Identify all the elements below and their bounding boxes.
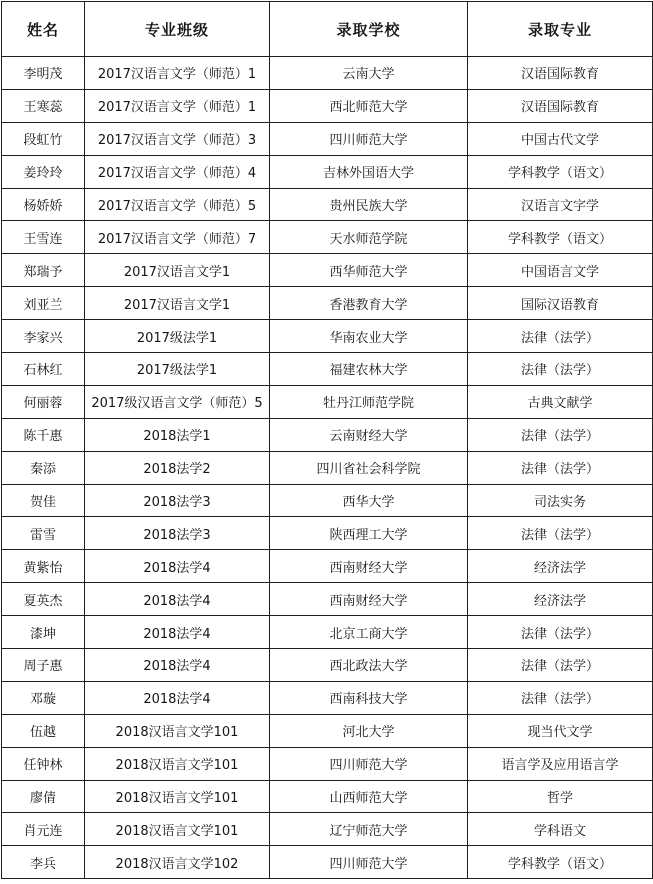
table-row: 何丽蓉 2017级汉语言文学（师范）5 牡丹江师范学院 古典文献学 xyxy=(2,385,653,418)
table-row: 李兵 2018汉语言文学102 四川师范大学 学科教学（语文） xyxy=(2,846,653,879)
major-cell: 现当代文学 xyxy=(468,714,653,747)
school-cell: 天水师范学院 xyxy=(270,221,468,254)
name-cell: 何丽蓉 xyxy=(2,385,85,418)
school-cell: 吉林外国语大学 xyxy=(270,155,468,188)
school-cell: 陕西理工大学 xyxy=(270,517,468,550)
name-cell: 杨娇娇 xyxy=(2,188,85,221)
table-header: 姓名 专业班级 录取学校 录取专业 xyxy=(2,2,653,57)
major-cell: 语言学及应用语言学 xyxy=(468,747,653,780)
table-row: 李家兴 2017级法学1 华南农业大学 法律（法学） xyxy=(2,320,653,353)
name-cell: 陈千惠 xyxy=(2,418,85,451)
major-cell: 国际汉语教育 xyxy=(468,287,653,320)
column-header-class: 专业班级 xyxy=(85,2,270,57)
school-cell: 西华大学 xyxy=(270,484,468,517)
class-cell: 2018法学4 xyxy=(85,616,270,649)
class-cell: 2017级法学1 xyxy=(85,320,270,353)
table-row: 肖元连 2018汉语言文学101 辽宁师范大学 学科语文 xyxy=(2,813,653,846)
table-row: 伍越 2018汉语言文学101 河北大学 现当代文学 xyxy=(2,714,653,747)
table-row: 贺佳 2018法学3 西华大学 司法实务 xyxy=(2,484,653,517)
table-body: 李明茂 2017汉语言文学（师范）1 云南大学 汉语国际教育 王寒蕊 2017汉… xyxy=(2,57,653,879)
name-cell: 姜玲玲 xyxy=(2,155,85,188)
major-cell: 学科教学（语文） xyxy=(468,846,653,879)
name-cell: 段虹竹 xyxy=(2,122,85,155)
class-cell: 2017级汉语言文学（师范）5 xyxy=(85,385,270,418)
admissions-table: 姓名 专业班级 录取学校 录取专业 李明茂 2017汉语言文学（师范）1 云南大… xyxy=(1,1,653,879)
class-cell: 2018汉语言文学101 xyxy=(85,747,270,780)
major-cell: 汉语国际教育 xyxy=(468,89,653,122)
major-cell: 法律（法学） xyxy=(468,681,653,714)
class-cell: 2018法学4 xyxy=(85,583,270,616)
major-cell: 哲学 xyxy=(468,780,653,813)
name-cell: 邓璇 xyxy=(2,681,85,714)
class-cell: 2018法学2 xyxy=(85,451,270,484)
name-cell: 漆坤 xyxy=(2,616,85,649)
school-cell: 西北政法大学 xyxy=(270,649,468,682)
table-row: 段虹竹 2017汉语言文学（师范）3 四川师范大学 中国古代文学 xyxy=(2,122,653,155)
school-cell: 香港教育大学 xyxy=(270,287,468,320)
column-header-school: 录取学校 xyxy=(270,2,468,57)
major-cell: 中国语言文学 xyxy=(468,254,653,287)
class-cell: 2018法学1 xyxy=(85,418,270,451)
class-cell: 2018法学3 xyxy=(85,517,270,550)
major-cell: 法律（法学） xyxy=(468,451,653,484)
class-cell: 2017汉语言文学（师范）3 xyxy=(85,122,270,155)
class-cell: 2017汉语言文学1 xyxy=(85,287,270,320)
class-cell: 2017汉语言文学（师范）5 xyxy=(85,188,270,221)
school-cell: 西华师范大学 xyxy=(270,254,468,287)
class-cell: 2017汉语言文学（师范）1 xyxy=(85,57,270,90)
column-header-name: 姓名 xyxy=(2,2,85,57)
name-cell: 郑瑞予 xyxy=(2,254,85,287)
school-cell: 四川师范大学 xyxy=(270,846,468,879)
table-row: 雷雪 2018法学3 陕西理工大学 法律（法学） xyxy=(2,517,653,550)
name-cell: 雷雪 xyxy=(2,517,85,550)
name-cell: 王雪连 xyxy=(2,221,85,254)
name-cell: 王寒蕊 xyxy=(2,89,85,122)
major-cell: 经济法学 xyxy=(468,583,653,616)
name-cell: 石林红 xyxy=(2,353,85,386)
school-cell: 牡丹江师范学院 xyxy=(270,385,468,418)
major-cell: 司法实务 xyxy=(468,484,653,517)
name-cell: 贺佳 xyxy=(2,484,85,517)
table-row: 漆坤 2018法学4 北京工商大学 法律（法学） xyxy=(2,616,653,649)
school-cell: 河北大学 xyxy=(270,714,468,747)
table-row: 秦添 2018法学2 四川省社会科学院 法律（法学） xyxy=(2,451,653,484)
major-cell: 经济法学 xyxy=(468,550,653,583)
major-cell: 学科教学（语文） xyxy=(468,221,653,254)
table-row: 夏英杰 2018法学4 西南财经大学 经济法学 xyxy=(2,583,653,616)
major-cell: 学科语文 xyxy=(468,813,653,846)
school-cell: 华南农业大学 xyxy=(270,320,468,353)
table-row: 周子惠 2018法学4 西北政法大学 法律（法学） xyxy=(2,649,653,682)
major-cell: 汉语国际教育 xyxy=(468,57,653,90)
school-cell: 西南财经大学 xyxy=(270,583,468,616)
school-cell: 辽宁师范大学 xyxy=(270,813,468,846)
class-cell: 2017汉语言文学（师范）1 xyxy=(85,89,270,122)
school-cell: 四川师范大学 xyxy=(270,122,468,155)
table-row: 任钟林 2018汉语言文学101 四川师范大学 语言学及应用语言学 xyxy=(2,747,653,780)
page: 姓名 专业班级 录取学校 录取专业 李明茂 2017汉语言文学（师范）1 云南大… xyxy=(0,0,653,884)
major-cell: 法律（法学） xyxy=(468,517,653,550)
class-cell: 2017级法学1 xyxy=(85,353,270,386)
table-row: 石林红 2017级法学1 福建农林大学 法律（法学） xyxy=(2,353,653,386)
school-cell: 云南大学 xyxy=(270,57,468,90)
class-cell: 2017汉语言文学（师范）4 xyxy=(85,155,270,188)
table-row: 陈千惠 2018法学1 云南财经大学 法律（法学） xyxy=(2,418,653,451)
class-cell: 2018汉语言文学101 xyxy=(85,813,270,846)
class-cell: 2018法学4 xyxy=(85,649,270,682)
class-cell: 2018法学4 xyxy=(85,681,270,714)
class-cell: 2018汉语言文学102 xyxy=(85,846,270,879)
name-cell: 刘亚兰 xyxy=(2,287,85,320)
name-cell: 李兵 xyxy=(2,846,85,879)
major-cell: 学科教学（语文） xyxy=(468,155,653,188)
major-cell: 中国古代文学 xyxy=(468,122,653,155)
table-row: 黄紫怡 2018法学4 西南财经大学 经济法学 xyxy=(2,550,653,583)
table-row: 廖倩 2018汉语言文学101 山西师范大学 哲学 xyxy=(2,780,653,813)
table-row: 刘亚兰 2017汉语言文学1 香港教育大学 国际汉语教育 xyxy=(2,287,653,320)
column-header-major: 录取专业 xyxy=(468,2,653,57)
table-row: 王雪连 2017汉语言文学（师范）7 天水师范学院 学科教学（语文） xyxy=(2,221,653,254)
school-cell: 贵州民族大学 xyxy=(270,188,468,221)
name-cell: 廖倩 xyxy=(2,780,85,813)
school-cell: 西北师范大学 xyxy=(270,89,468,122)
name-cell: 李家兴 xyxy=(2,320,85,353)
table-row: 郑瑞予 2017汉语言文学1 西华师范大学 中国语言文学 xyxy=(2,254,653,287)
table-row: 王寒蕊 2017汉语言文学（师范）1 西北师范大学 汉语国际教育 xyxy=(2,89,653,122)
school-cell: 西南科技大学 xyxy=(270,681,468,714)
major-cell: 法律（法学） xyxy=(468,320,653,353)
school-cell: 四川省社会科学院 xyxy=(270,451,468,484)
name-cell: 李明茂 xyxy=(2,57,85,90)
table-row: 杨娇娇 2017汉语言文学（师范）5 贵州民族大学 汉语言文字学 xyxy=(2,188,653,221)
major-cell: 古典文献学 xyxy=(468,385,653,418)
name-cell: 夏英杰 xyxy=(2,583,85,616)
school-cell: 云南财经大学 xyxy=(270,418,468,451)
name-cell: 秦添 xyxy=(2,451,85,484)
header-row: 姓名 专业班级 录取学校 录取专业 xyxy=(2,2,653,57)
class-cell: 2017汉语言文学1 xyxy=(85,254,270,287)
major-cell: 汉语言文字学 xyxy=(468,188,653,221)
school-cell: 山西师范大学 xyxy=(270,780,468,813)
class-cell: 2018汉语言文学101 xyxy=(85,780,270,813)
name-cell: 黄紫怡 xyxy=(2,550,85,583)
school-cell: 四川师范大学 xyxy=(270,747,468,780)
class-cell: 2018法学3 xyxy=(85,484,270,517)
name-cell: 伍越 xyxy=(2,714,85,747)
major-cell: 法律（法学） xyxy=(468,649,653,682)
table-row: 姜玲玲 2017汉语言文学（师范）4 吉林外国语大学 学科教学（语文） xyxy=(2,155,653,188)
class-cell: 2018法学4 xyxy=(85,550,270,583)
class-cell: 2018汉语言文学101 xyxy=(85,714,270,747)
name-cell: 肖元连 xyxy=(2,813,85,846)
school-cell: 福建农林大学 xyxy=(270,353,468,386)
table-row: 李明茂 2017汉语言文学（师范）1 云南大学 汉语国际教育 xyxy=(2,57,653,90)
class-cell: 2017汉语言文学（师范）7 xyxy=(85,221,270,254)
major-cell: 法律（法学） xyxy=(468,353,653,386)
major-cell: 法律（法学） xyxy=(468,616,653,649)
name-cell: 周子惠 xyxy=(2,649,85,682)
table-row: 邓璇 2018法学4 西南科技大学 法律（法学） xyxy=(2,681,653,714)
name-cell: 任钟林 xyxy=(2,747,85,780)
major-cell: 法律（法学） xyxy=(468,418,653,451)
school-cell: 北京工商大学 xyxy=(270,616,468,649)
school-cell: 西南财经大学 xyxy=(270,550,468,583)
